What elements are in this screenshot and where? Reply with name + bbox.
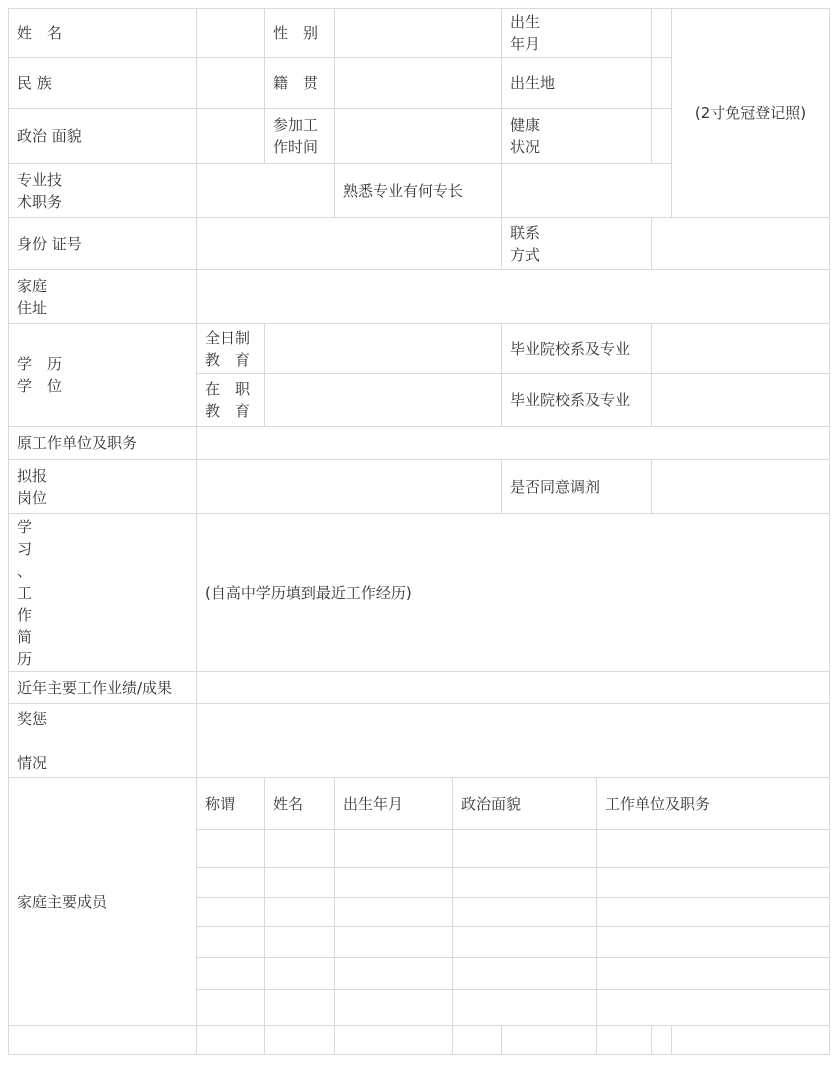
political-status-field[interactable]: [197, 109, 265, 164]
family-political-status-field[interactable]: [453, 990, 597, 1026]
intended-position-field[interactable]: [197, 460, 502, 514]
family-political-status-field[interactable]: [453, 958, 597, 990]
family-header-political-status: 政治面貌: [453, 778, 597, 830]
family-header-name: 姓名: [265, 778, 335, 830]
family-birth-date-field[interactable]: [335, 868, 453, 898]
achievements-field[interactable]: [197, 672, 830, 704]
footer-cell: [672, 1026, 830, 1055]
birthplace-label: 出生地: [502, 58, 652, 109]
ethnicity-field[interactable]: [197, 58, 265, 109]
family-members-label: 家庭主要成员: [9, 778, 197, 1026]
family-header-birth-date: 出生年月: [335, 778, 453, 830]
specialty-label: 熟悉专业有何专长: [335, 164, 502, 218]
family-header-relation: 称谓: [197, 778, 265, 830]
family-relation-field[interactable]: [197, 990, 265, 1026]
footer-cell: [453, 1026, 502, 1055]
row-name: 姓 名 性 别 出生 年月 (2寸免冠登记照): [9, 9, 830, 58]
adjustment-consent-field[interactable]: [652, 460, 830, 514]
name-field[interactable]: [197, 9, 265, 58]
resume-hint: (自高中学历填到最近工作经历): [205, 584, 412, 602]
former-employer-field[interactable]: [197, 427, 830, 460]
family-header-work-unit: 工作单位及职务: [597, 778, 830, 830]
family-work-unit-field[interactable]: [597, 830, 830, 868]
family-birth-date-field[interactable]: [335, 898, 453, 927]
family-name-field[interactable]: [265, 927, 335, 958]
native-place-field[interactable]: [335, 58, 502, 109]
name-label: 姓 名: [9, 9, 197, 58]
health-status-field[interactable]: [652, 109, 672, 164]
footer-cell: [197, 1026, 265, 1055]
footer-cell: [502, 1026, 597, 1055]
photo-area[interactable]: (2寸免冠登记照): [672, 9, 830, 218]
contact-field[interactable]: [652, 218, 830, 270]
adjustment-consent-label: 是否同意调剂: [502, 460, 652, 514]
work-start-date-field[interactable]: [335, 109, 502, 164]
native-place-label: 籍 贯: [265, 58, 335, 109]
row-former-employer: 原工作单位及职务: [9, 427, 830, 460]
rewards-label: 奖惩 情况: [9, 704, 197, 778]
health-status-label: 健康 状况: [502, 109, 652, 164]
gender-label: 性 别: [265, 9, 335, 58]
id-number-label: 身份 证号: [9, 218, 197, 270]
birthplace-field[interactable]: [652, 58, 672, 109]
family-political-status-field[interactable]: [453, 830, 597, 868]
family-work-unit-field[interactable]: [597, 898, 830, 927]
family-work-unit-field[interactable]: [597, 990, 830, 1026]
resume-label: 学 习 、 工 作 简 历: [9, 514, 197, 672]
family-political-status-field[interactable]: [453, 868, 597, 898]
footer-cell: [9, 1026, 197, 1055]
intended-position-label: 拟报 岗位: [9, 460, 197, 514]
row-resume: 学 习 、 工 作 简 历 (自高中学历填到最近工作经历): [9, 514, 830, 672]
birth-date-label: 出生 年月: [502, 9, 652, 58]
education-degree-label: 学 历 学 位: [9, 324, 197, 427]
row-rewards: 奖惩 情况: [9, 704, 830, 778]
political-status-label: 政治 面貌: [9, 109, 197, 164]
row-footer: [9, 1026, 830, 1055]
resume-field[interactable]: (自高中学历填到最近工作经历): [197, 514, 830, 672]
family-name-field[interactable]: [265, 868, 335, 898]
row-id-number: 身份 证号 联系 方式: [9, 218, 830, 270]
family-political-status-field[interactable]: [453, 927, 597, 958]
fulltime-education-field[interactable]: [265, 324, 502, 374]
row-achievements: 近年主要工作业绩/成果: [9, 672, 830, 704]
family-birth-date-field[interactable]: [335, 927, 453, 958]
family-name-field[interactable]: [265, 958, 335, 990]
footer-cell: [652, 1026, 672, 1055]
work-start-date-label: 参加工 作时间: [265, 109, 335, 164]
family-relation-field[interactable]: [197, 927, 265, 958]
id-number-field[interactable]: [197, 218, 502, 270]
specialty-field[interactable]: [502, 164, 672, 218]
family-work-unit-field[interactable]: [597, 868, 830, 898]
footer-cell: [265, 1026, 335, 1055]
family-relation-field[interactable]: [197, 868, 265, 898]
footer-cell: [335, 1026, 453, 1055]
home-address-field[interactable]: [197, 270, 830, 324]
birth-date-field[interactable]: [652, 9, 672, 58]
graduate-school-fulltime-field[interactable]: [652, 324, 830, 374]
row-family-header: 家庭主要成员 称谓 姓名 出生年月 政治面貌 工作单位及职务: [9, 778, 830, 830]
family-relation-field[interactable]: [197, 898, 265, 927]
family-political-status-field[interactable]: [453, 898, 597, 927]
rewards-field[interactable]: [197, 704, 830, 778]
achievements-label: 近年主要工作业绩/成果: [9, 672, 197, 704]
family-relation-field[interactable]: [197, 958, 265, 990]
family-birth-date-field[interactable]: [335, 830, 453, 868]
family-name-field[interactable]: [265, 898, 335, 927]
former-employer-label: 原工作单位及职务: [9, 427, 197, 460]
fulltime-education-label: 全日制 教 育: [197, 324, 265, 374]
family-relation-field[interactable]: [197, 830, 265, 868]
technical-title-field[interactable]: [197, 164, 335, 218]
family-birth-date-field[interactable]: [335, 990, 453, 1026]
footer-cell: [597, 1026, 652, 1055]
gender-field[interactable]: [335, 9, 502, 58]
contact-label: 联系 方式: [502, 218, 652, 270]
graduate-school-onjob-label: 毕业院校系及专业: [502, 374, 652, 427]
technical-title-label: 专业技 术职务: [9, 164, 197, 218]
onjob-education-field[interactable]: [265, 374, 502, 427]
home-address-label: 家庭 住址: [9, 270, 197, 324]
row-intended-position: 拟报 岗位 是否同意调剂: [9, 460, 830, 514]
family-birth-date-field[interactable]: [335, 958, 453, 990]
graduate-school-onjob-field[interactable]: [652, 374, 830, 427]
onjob-education-label: 在 职 教 育: [197, 374, 265, 427]
row-home-address: 家庭 住址: [9, 270, 830, 324]
application-form-table: 姓 名 性 别 出生 年月 (2寸免冠登记照) 民 族 籍 贯 出生地 政治 面…: [8, 8, 830, 1055]
family-name-field[interactable]: [265, 830, 335, 868]
family-work-unit-field[interactable]: [597, 927, 830, 958]
ethnicity-label: 民 族: [9, 58, 197, 109]
row-education-fulltime: 学 历 学 位 全日制 教 育 毕业院校系及专业: [9, 324, 830, 374]
family-work-unit-field[interactable]: [597, 958, 830, 990]
graduate-school-fulltime-label: 毕业院校系及专业: [502, 324, 652, 374]
family-name-field[interactable]: [265, 990, 335, 1026]
